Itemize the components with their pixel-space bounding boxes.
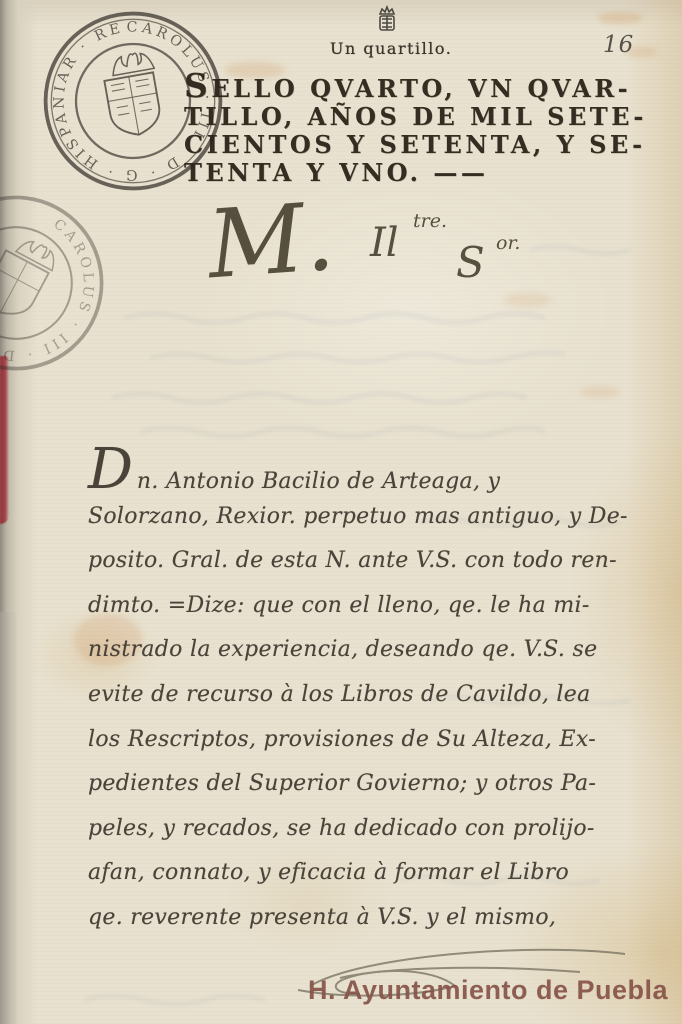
seal-notice-line: TILLO, AÑOS DE MIL SETE- [184, 103, 664, 131]
manuscript-line: peles, y recados, se ha dedicado con pro… [88, 807, 668, 852]
manuscript-line: nistrado la experiencia, deseando qe. V.… [88, 628, 668, 673]
tax-denomination-text: Un quartillo. [330, 39, 510, 58]
svg-text:CAROLUS · III · D · G ·: CAROLUS · III · D · G · [0, 193, 124, 391]
manuscript-line: los Rescriptos, provisiones de Su Alteza… [88, 718, 668, 763]
manuscript-body: Dn. Antonio Bacilio de Arteaga, y Solorz… [88, 450, 668, 941]
crown-cipher-ornament-icon [374, 5, 400, 37]
manuscript-line: afan, connato, y eficacia à formar el Li… [88, 851, 668, 896]
seal-notice-line: TENTA Y VNO. —— [184, 159, 664, 187]
salutation-abbrev: Il [370, 220, 399, 266]
salutation-senor: S [456, 238, 485, 287]
manuscript-line: dimto. =Dize: que con el lleno, qe. le h… [88, 584, 668, 629]
printed-seal-notice: SELLO QVARTO, VN QVAR- TILLO, AÑOS DE MI… [184, 72, 664, 187]
manuscript-line: posito. Gral. de esta N. ante V.S. con t… [88, 539, 668, 584]
seal-notice-line: SELLO QVARTO, VN QVAR- [184, 72, 664, 103]
manuscript-line: Dn. Antonio Bacilio de Arteaga, y [88, 450, 668, 495]
seal-notice-line: CIENTOS Y SETENTA, Y SE- [184, 131, 664, 159]
manuscript-line: Solorzano, Rexior. perpetuo mas antiguo,… [88, 495, 668, 540]
salutation-superscript: tre. [413, 210, 447, 232]
manuscript-page: Un quartillo. 16 SELLO QVARTO, VN QVAR- … [0, 0, 682, 1024]
seal-ring-text: CAROLUS · III · D · G · [0, 193, 124, 391]
manuscript-line: evite de recurso à los Libros de Cavildo… [88, 673, 668, 718]
manuscript-line: pedientes del Superior Govierno; y otros… [88, 762, 668, 807]
manuscript-line: qe. reverente presenta à V.S. y el mismo… [88, 896, 668, 941]
binding-gray-edge [0, 612, 17, 1024]
salutation-initial: M. [205, 188, 338, 297]
svg-text:CAROLUS · III · D · G · HISPAN: CAROLUS · III · D · G · HISPANIAR · REX … [19, 0, 227, 199]
royal-seal-stamp-icon: CAROLUS · III · D · G · HISPANIAR · REX … [19, 0, 247, 212]
archive-watermark: H. Ayuntamiento de Puebla [308, 975, 678, 1006]
seal-ring-text: CAROLUS · III · D · G · HISPANIAR · REX … [19, 0, 227, 199]
salutation-superscript: or. [496, 232, 520, 254]
folio-number: 16 [603, 32, 634, 58]
